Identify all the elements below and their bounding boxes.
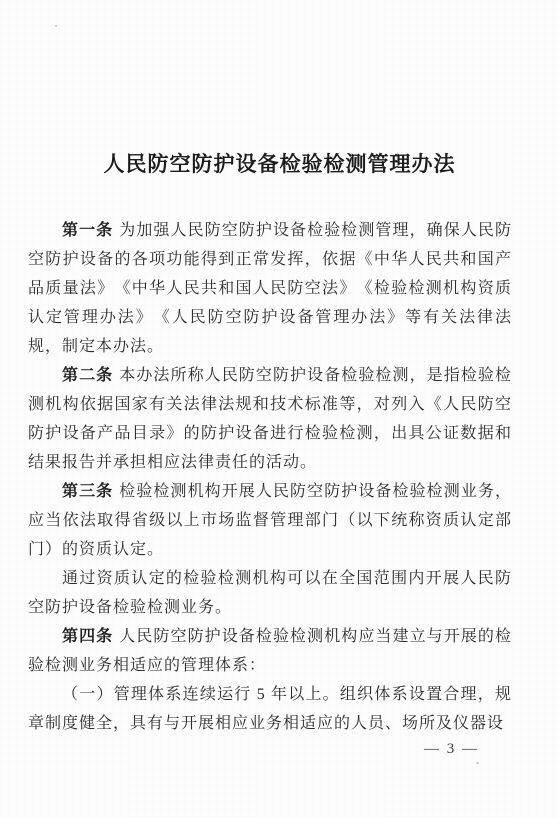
page-number: — 3 — <box>0 741 559 758</box>
paragraph-article-2: 第二条本办法所称人民防空防护设备检验检测，是指检验检测机构依据国家有关法律法规和… <box>28 361 512 477</box>
document-page: 人民防空防护设备检验检测管理办法 第一条为加强人民防空防护设备检验检测管理，确保… <box>0 0 559 818</box>
article-4-number: 第四条 <box>62 628 113 645</box>
article-1-number: 第一条 <box>62 222 113 239</box>
paragraph-article-4: 第四条人民防空防护设备检验检测机构应当建立与开展的检验检测业务相适应的管理体系： <box>28 622 512 680</box>
paragraph-article-3: 第三条检验检测机构开展人民防空防护设备检验检测业务，应当依法取得省级以上市场监督… <box>28 477 512 564</box>
paragraph-article-1: 第一条为加强人民防空防护设备检验检测管理，确保人民防空防护设备的各项功能得到正常… <box>28 216 512 361</box>
document-body: 第一条为加强人民防空防护设备检验检测管理，确保人民防空防护设备的各项功能得到正常… <box>0 216 559 738</box>
document-title: 人民防空防护设备检验检测管理办法 <box>0 0 559 180</box>
article-3b-text: 通过资质认定的检验检测机构可以在全国范围内开展人民防空防护设备检验检测业务。 <box>28 570 512 616</box>
article-3-number: 第三条 <box>62 483 113 500</box>
article-4-item-1-text: （一）管理体系连续运行 5 年以上。组织体系设置合理，规章制度健全，具有与开展相… <box>28 686 512 732</box>
article-1-text: 为加强人民防空防护设备检验检测管理，确保人民防空防护设备的各项功能得到正常发挥，… <box>28 222 512 355</box>
paragraph-article-3-continuation: 通过资质认定的检验检测机构可以在全国范围内开展人民防空防护设备检验检测业务。 <box>28 564 512 622</box>
paragraph-article-4-item-1: （一）管理体系连续运行 5 年以上。组织体系设置合理，规章制度健全，具有与开展相… <box>28 680 512 738</box>
article-2-number: 第二条 <box>62 367 113 384</box>
